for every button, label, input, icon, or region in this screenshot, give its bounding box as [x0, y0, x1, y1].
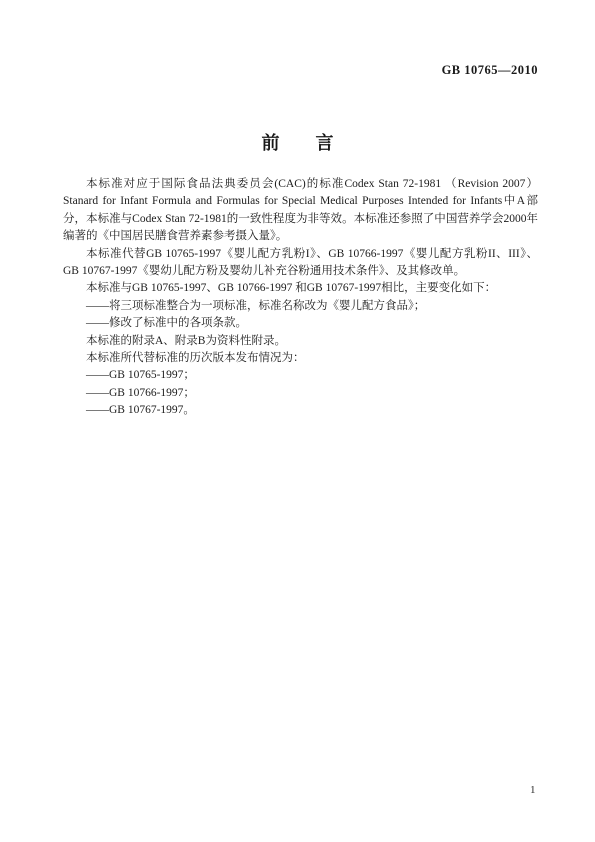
foreword-body: 本标准对应于国际食品法典委员会(CAC)的标准Codex Stan 72-198…	[63, 176, 538, 420]
foreword-list-item: ——GB 10765-1997；	[63, 367, 538, 384]
foreword-paragraph: 本标准的附录A、附录B为资料性附录。	[63, 333, 538, 350]
page-title: 前 言	[0, 129, 595, 155]
foreword-paragraph: 本标准与GB 10765-1997、GB 10766-1997 和GB 1076…	[63, 280, 538, 297]
foreword-paragraph: 本标准对应于国际食品法典委员会(CAC)的标准Codex Stan 72-198…	[63, 176, 538, 246]
standard-number-header: GB 10765—2010	[442, 63, 538, 78]
page-number: 1	[530, 784, 536, 796]
document-page: GB 10765—2010 前 言 本标准对应于国际食品法典委员会(CAC)的标…	[0, 0, 595, 842]
foreword-list-item: ——GB 10767-1997。	[63, 402, 538, 419]
foreword-paragraph: 本标准所代替标准的历次版本发布情况为：	[63, 350, 538, 367]
foreword-list-item: ——GB 10766-1997；	[63, 385, 538, 402]
foreword-list-item: ——将三项标准整合为一项标准，标准名称改为《婴儿配方食品》；	[63, 298, 538, 315]
foreword-paragraph: 本标准代替GB 10765-1997《婴儿配方乳粉I》、GB 10766-199…	[63, 246, 538, 281]
foreword-list-item: ——修改了标准中的各项条款。	[63, 315, 538, 332]
